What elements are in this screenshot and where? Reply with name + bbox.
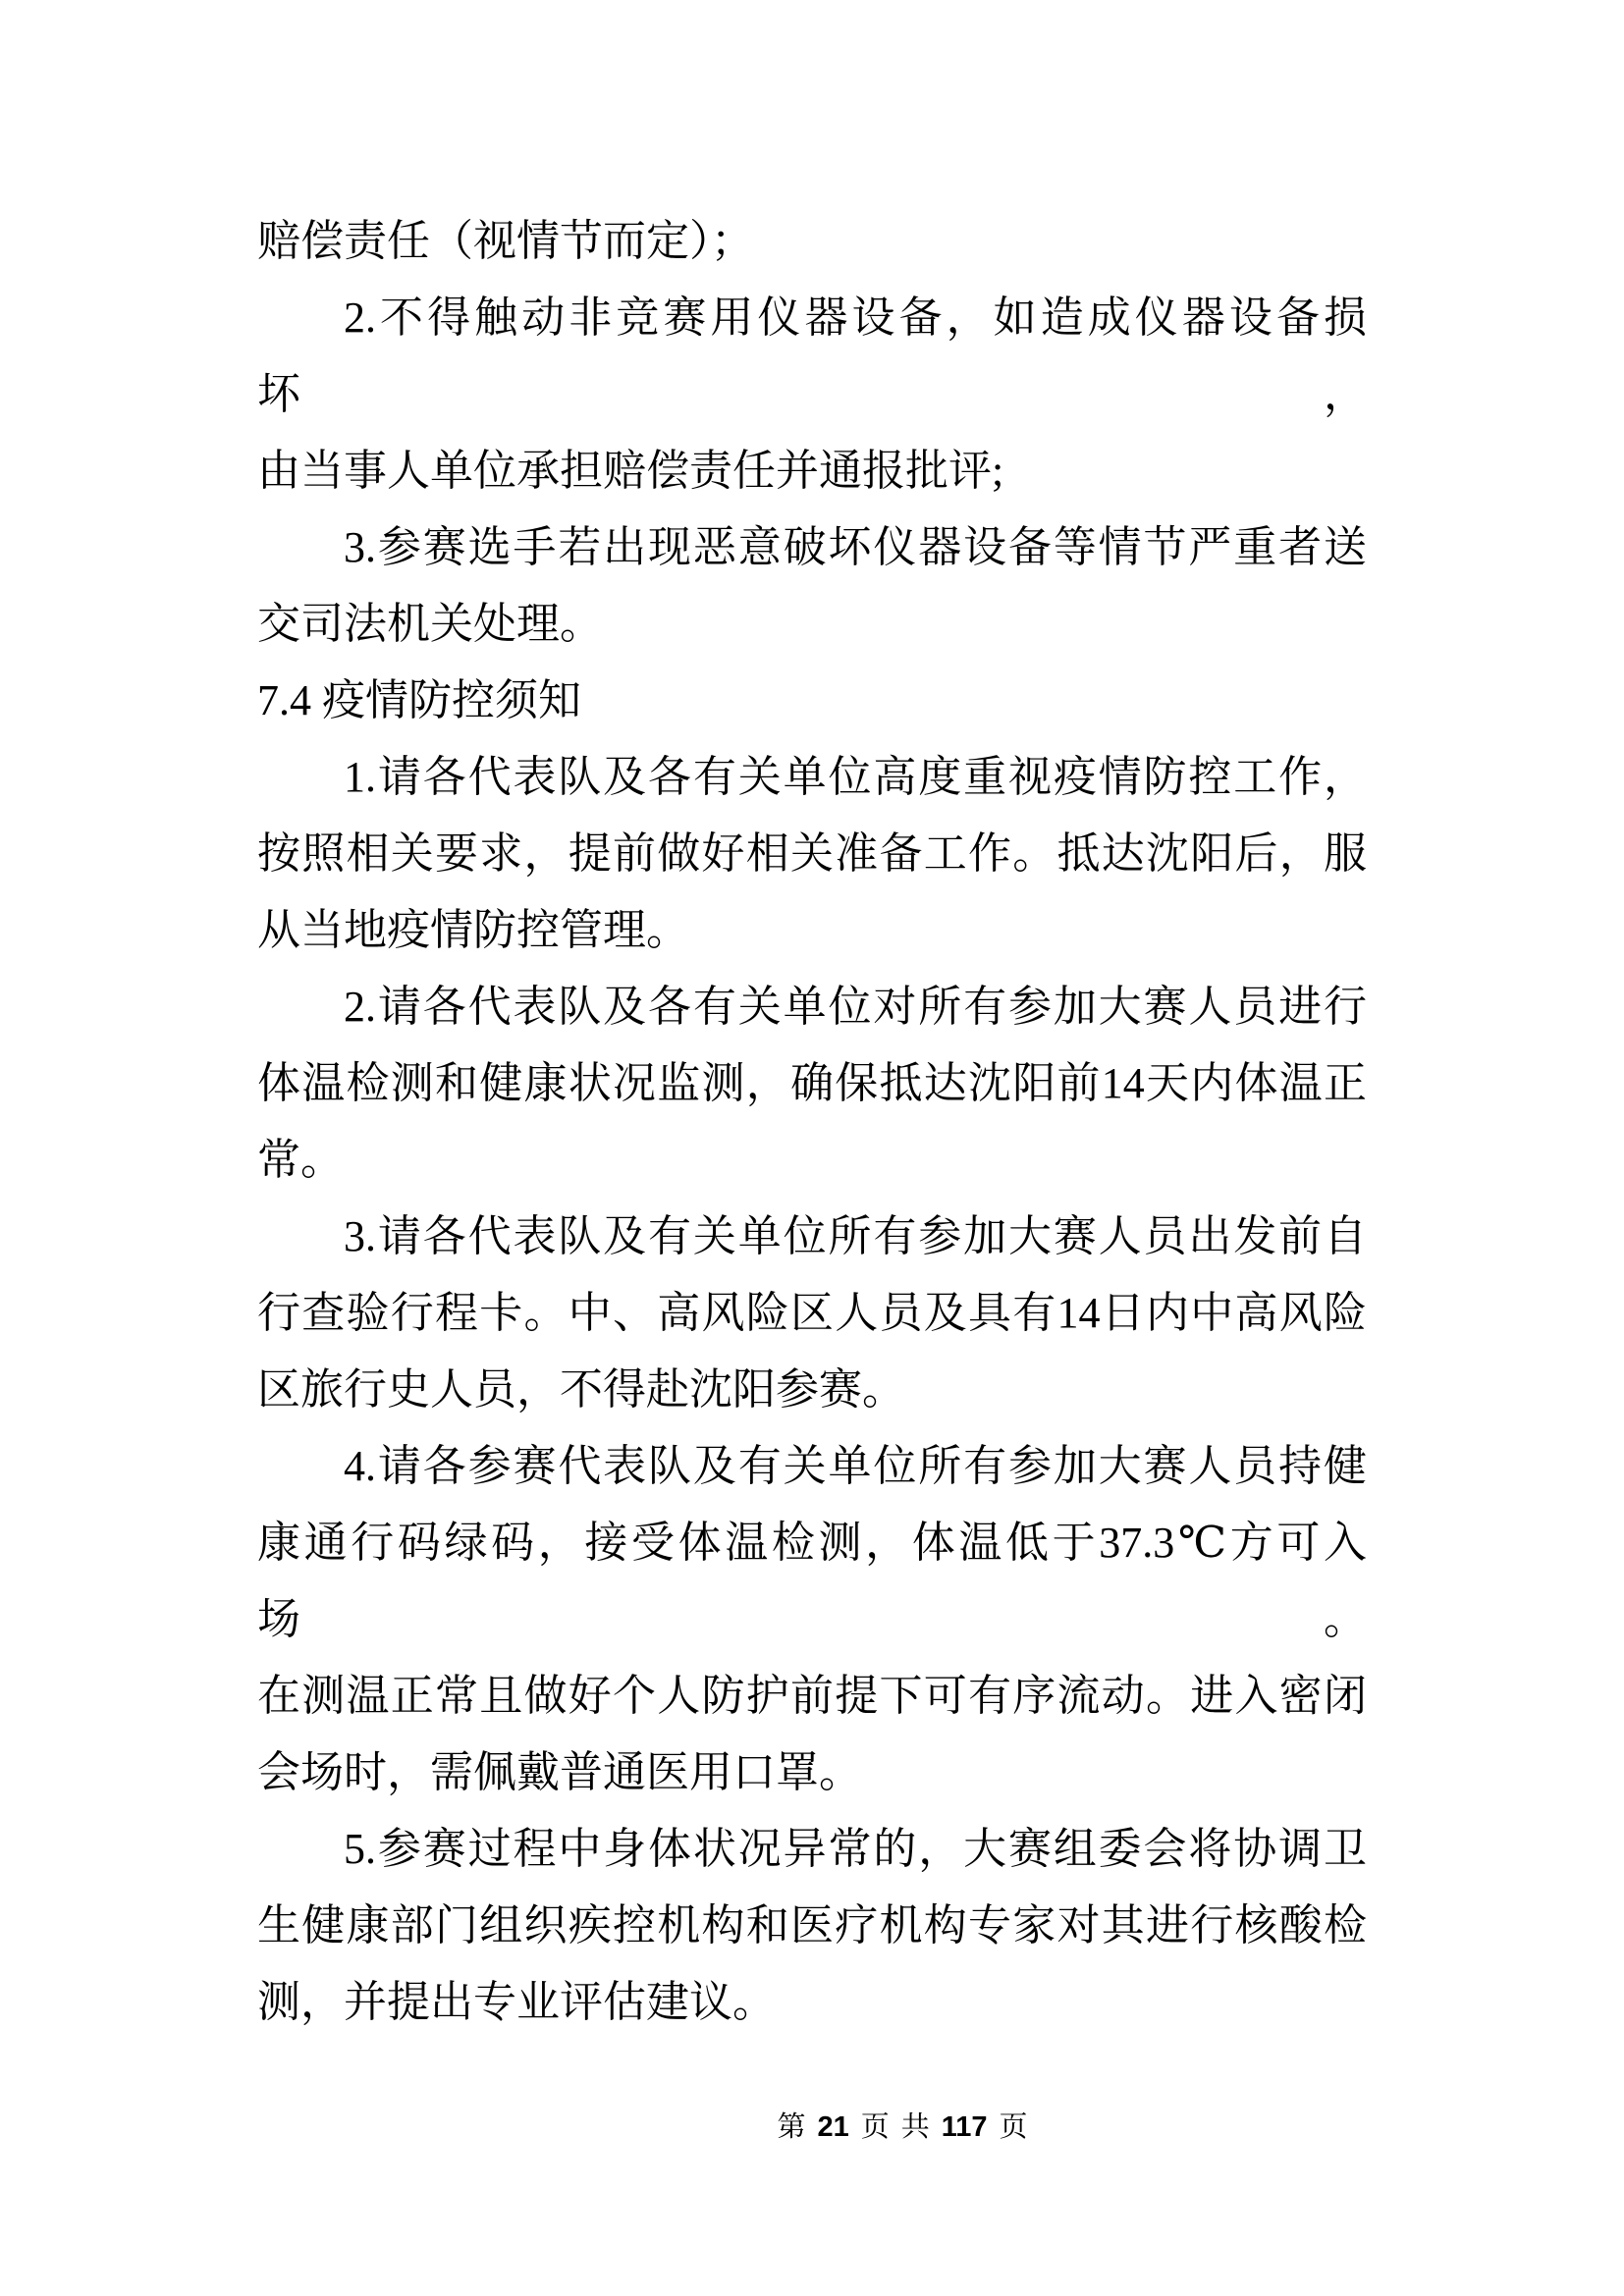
total-page-number: 117: [942, 2111, 988, 2143]
text-line: 3.请各代表队及有关单位所有参加大赛人员出发前自: [257, 1199, 1367, 1275]
page-footer: 第21页共117页: [0, 2109, 1624, 2146]
current-page-number: 21: [817, 2111, 848, 2143]
text-line: 生健康部门组织疾控机构和医疗机构专家对其进行核酸检: [257, 1888, 1367, 1964]
page-number-indicator: 第21页共117页: [771, 2109, 1033, 2146]
text-line: 由当事人单位承担赔偿责任并通报批评;: [257, 433, 1367, 509]
document-page: 赔偿责任（视情节而定）； 2.不得触动非竞赛用仪器设备，如造成仪器设备损坏， 由…: [0, 0, 1624, 2296]
text-line: 会场时，需佩戴普通医用口罩。: [257, 1735, 1367, 1811]
footer-label-di: 第: [777, 2111, 805, 2143]
text-line: 行查验行程卡。中、高风险区人员及具有14日内中高风险: [257, 1275, 1367, 1352]
text-line: 赔偿责任（视情节而定）；: [257, 203, 1367, 280]
footer-label-ye-2: 页: [1000, 2111, 1028, 2143]
text-line: 按照相关要求，提前做好相关准备工作。抵达沈阳后，服: [257, 816, 1367, 892]
document-body: 赔偿责任（视情节而定）； 2.不得触动非竞赛用仪器设备，如造成仪器设备损坏， 由…: [257, 203, 1367, 2041]
text-line: 康通行码绿码，接受体温检测，体温低于37.3℃方可入场。: [257, 1505, 1367, 1658]
section-heading: 7.4 疫情防控须知: [257, 663, 1367, 739]
footer-label-gong: 共: [901, 2111, 930, 2143]
footer-label-ye-1: 页: [861, 2111, 890, 2143]
text-line: 1.请各代表队及各有关单位高度重视疫情防控工作，: [257, 739, 1367, 816]
text-line: 常。: [257, 1122, 1367, 1199]
text-line: 2.请各代表队及各有关单位对所有参加大赛人员进行: [257, 969, 1367, 1045]
text-line: 区旅行史人员，不得赴沈阳参赛。: [257, 1352, 1367, 1428]
text-line: 从当地疫情防控管理。: [257, 892, 1367, 969]
text-line: 在测温正常且做好个人防护前提下可有序流动。进入密闭: [257, 1658, 1367, 1735]
text-line: 体温检测和健康状况监测，确保抵达沈阳前14天内体温正: [257, 1045, 1367, 1122]
text-line: 4.请各参赛代表队及有关单位所有参加大赛人员持健: [257, 1428, 1367, 1505]
text-line: 测，并提出专业评估建议。: [257, 1964, 1367, 2041]
text-line: 5.参赛过程中身体状况异常的，大赛组委会将协调卫: [257, 1811, 1367, 1888]
text-line: 3.参赛选手若出现恶意破坏仪器设备等情节严重者送: [257, 509, 1367, 586]
text-line: 2.不得触动非竞赛用仪器设备，如造成仪器设备损坏，: [257, 280, 1367, 433]
text-line: 交司法机关处理。: [257, 586, 1367, 663]
